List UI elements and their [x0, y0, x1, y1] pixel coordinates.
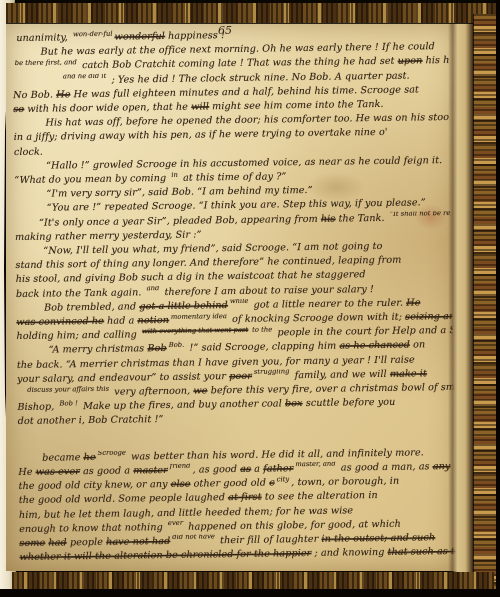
manuscript-text: his heart upon. [422, 55, 448, 67]
manuscript-text: scuttle before you [303, 397, 396, 409]
manuscript-text: dot another i, Bob Cratchit !” [18, 414, 164, 427]
inserted-text: ever [168, 519, 183, 527]
manuscript-text: catch Bob Cratchit coming late ! That wa… [79, 56, 398, 71]
deleted-text: master [133, 465, 168, 476]
deleted-text: c [269, 478, 275, 489]
manuscript-text: people in the court for Help and a Strai… [274, 324, 452, 338]
deleted-text: we [193, 385, 207, 396]
inserted-text: Scrooge [98, 449, 126, 457]
manuscript-text: No Bob. [13, 89, 56, 101]
deleted-text: was ever [36, 466, 80, 478]
inserted-text: won-der-ful [73, 29, 113, 38]
photo-edge-right [496, 0, 500, 597]
deleted-text: father [263, 463, 293, 474]
manuscript-text: ; Yes he did ! The clock struck nine. No… [108, 70, 410, 85]
inserted-text: and he did it [63, 72, 107, 81]
deleted-text: have not had [106, 536, 170, 548]
manuscript-text: back into the Tank again. [16, 287, 145, 300]
manuscript-text: unanimity, [16, 32, 71, 44]
deleted-text: as [240, 464, 251, 475]
page-gutter-shadow [448, 20, 473, 573]
gilt-binding-border-bottom [12, 572, 494, 589]
deleted-text: wonderful [115, 31, 165, 43]
manuscript-text: , as good [192, 464, 240, 476]
deleted-text: he [84, 452, 96, 463]
inserted-text: “It shall not be repeated. [390, 211, 451, 218]
manuscript-page: 65 unanimity, won-der-fulwonderful happi… [6, 22, 458, 571]
manuscript-text: “It's only once a year Sir”, pleaded Bob… [39, 213, 321, 228]
deleted-text: in the outset; and such [321, 532, 435, 545]
deleted-text: seizing and fastening [405, 310, 452, 322]
deleted-text: He [406, 297, 420, 308]
manuscript-text: on [410, 340, 425, 351]
manuscript-text: the Tank. [335, 212, 388, 224]
deleted-text: Bob [147, 343, 166, 354]
manuscript-text: making rather merry yesterday, Sir :” [15, 229, 202, 243]
manuscript-text: as good a [80, 465, 134, 477]
manuscript-text: might see him come into the Tank. [209, 99, 384, 112]
manuscript-text: the good old world. Some people laughed [19, 492, 229, 506]
deleted-text: had [48, 537, 66, 548]
deleted-text: some [19, 538, 45, 549]
deleted-text: as he chanced [339, 340, 410, 352]
manuscript-text: Bishop, [17, 402, 57, 414]
manuscript-text: happiness ! [165, 30, 225, 42]
manuscript-text: Bob trembled, and [44, 301, 139, 313]
manuscript-text: had a [104, 315, 138, 326]
manuscript-text: ; and knowing [311, 547, 387, 559]
manuscript-text: to see the alteration in [262, 490, 378, 503]
manuscript-text: the good old city knew, or any [19, 479, 171, 492]
inserted-text: be there first, and [15, 58, 77, 67]
inserted-text: momentary idea [171, 312, 227, 321]
photograph-of-manuscript: 65 unanimity, won-der-fulwonderful happi… [0, 0, 500, 597]
deleted-text: whether it will the alteration be chroni… [20, 548, 312, 563]
inserted-text: Bob. [169, 341, 185, 349]
manuscript-text: !” said Scrooge, clapping him [186, 341, 339, 354]
manuscript-text: therefore I am about to raise your salar… [161, 284, 374, 298]
manuscript-text: happened on this globe, for good, at whi… [185, 518, 401, 532]
manuscript-text: a [251, 464, 263, 475]
manuscript-text: He [18, 467, 36, 478]
deleted-text: at first [228, 492, 262, 503]
manuscript-text: people [67, 537, 107, 549]
photo-edge-bottom [0, 589, 500, 597]
inserted-text: struggling [254, 368, 290, 376]
deleted-text: He [56, 89, 70, 100]
manuscript-text: with his door wide open, that he [24, 102, 191, 115]
manuscript-text: as good a man, as [338, 461, 433, 473]
deleted-text: make it [390, 368, 427, 380]
manuscript-text: of knocking Scrooge down with it; [229, 312, 405, 325]
deleted-text: notion [137, 315, 169, 326]
manuscript-text: Make up the fires, and buy another coal [80, 399, 285, 413]
manuscript-text: holding him; and calling [16, 330, 140, 343]
inserted-text: in [171, 170, 178, 178]
deleted-text: will [191, 101, 209, 112]
deleted-text: his [321, 213, 336, 224]
deleted-text: got a little behind [139, 300, 228, 312]
manuscript-text: , town, or borough, in [291, 476, 399, 489]
manuscript-text: other good old [190, 478, 269, 490]
manuscript-text: in a jiffy; driving away with his pen, a… [14, 127, 388, 143]
manuscript-lines: unanimity, won-der-fulwonderful happines… [12, 26, 455, 572]
manuscript-text: was better than his word. He did it all,… [128, 447, 424, 462]
deleted-text: else [171, 479, 191, 490]
gilt-binding-border-top [6, 3, 500, 23]
manuscript-text: family, and we will [291, 369, 390, 381]
manuscript-text: became [42, 452, 84, 464]
deleted-text: so [13, 104, 24, 115]
manuscript-text: “I'm very sorry sir”, said Bob. “I am be… [46, 185, 312, 200]
manuscript-text: before this very fire, over a christmas … [207, 382, 453, 397]
manuscript-text: “What do you mean by coming [14, 173, 169, 186]
gilt-binding-border-right [473, 14, 497, 591]
inserted-text: friend [170, 462, 191, 470]
manuscript-text: enough to know that nothing [19, 522, 166, 535]
deleted-text: poor [229, 371, 252, 382]
deleted-text: upon [398, 56, 423, 67]
inserted-text: did not have [172, 533, 215, 542]
manuscript-text: your salary, and endeavour” to assist yo… [17, 371, 229, 385]
manuscript-text: got a little nearer to the ruler. [250, 297, 406, 310]
deleted-text: was convinced he [16, 316, 104, 328]
inserted-text: and [147, 284, 160, 292]
manuscript-text: very afternoon, [111, 386, 193, 398]
inserted-text: while [230, 297, 249, 305]
manuscript-text: their fill of laughter [217, 534, 322, 546]
manuscript-text: “A merry christmas [49, 344, 148, 356]
deleted-text: that such as these had [388, 545, 456, 558]
manuscript-text: at this time of day ?” [180, 171, 287, 183]
inserted-text: master, and [295, 460, 335, 469]
deleted-text: box [285, 398, 303, 409]
inserted-text: Bob ! [59, 399, 77, 407]
manuscript-text: clock. [14, 146, 43, 157]
inserted-text: city [277, 475, 290, 483]
inserted-text: to the [252, 325, 272, 333]
